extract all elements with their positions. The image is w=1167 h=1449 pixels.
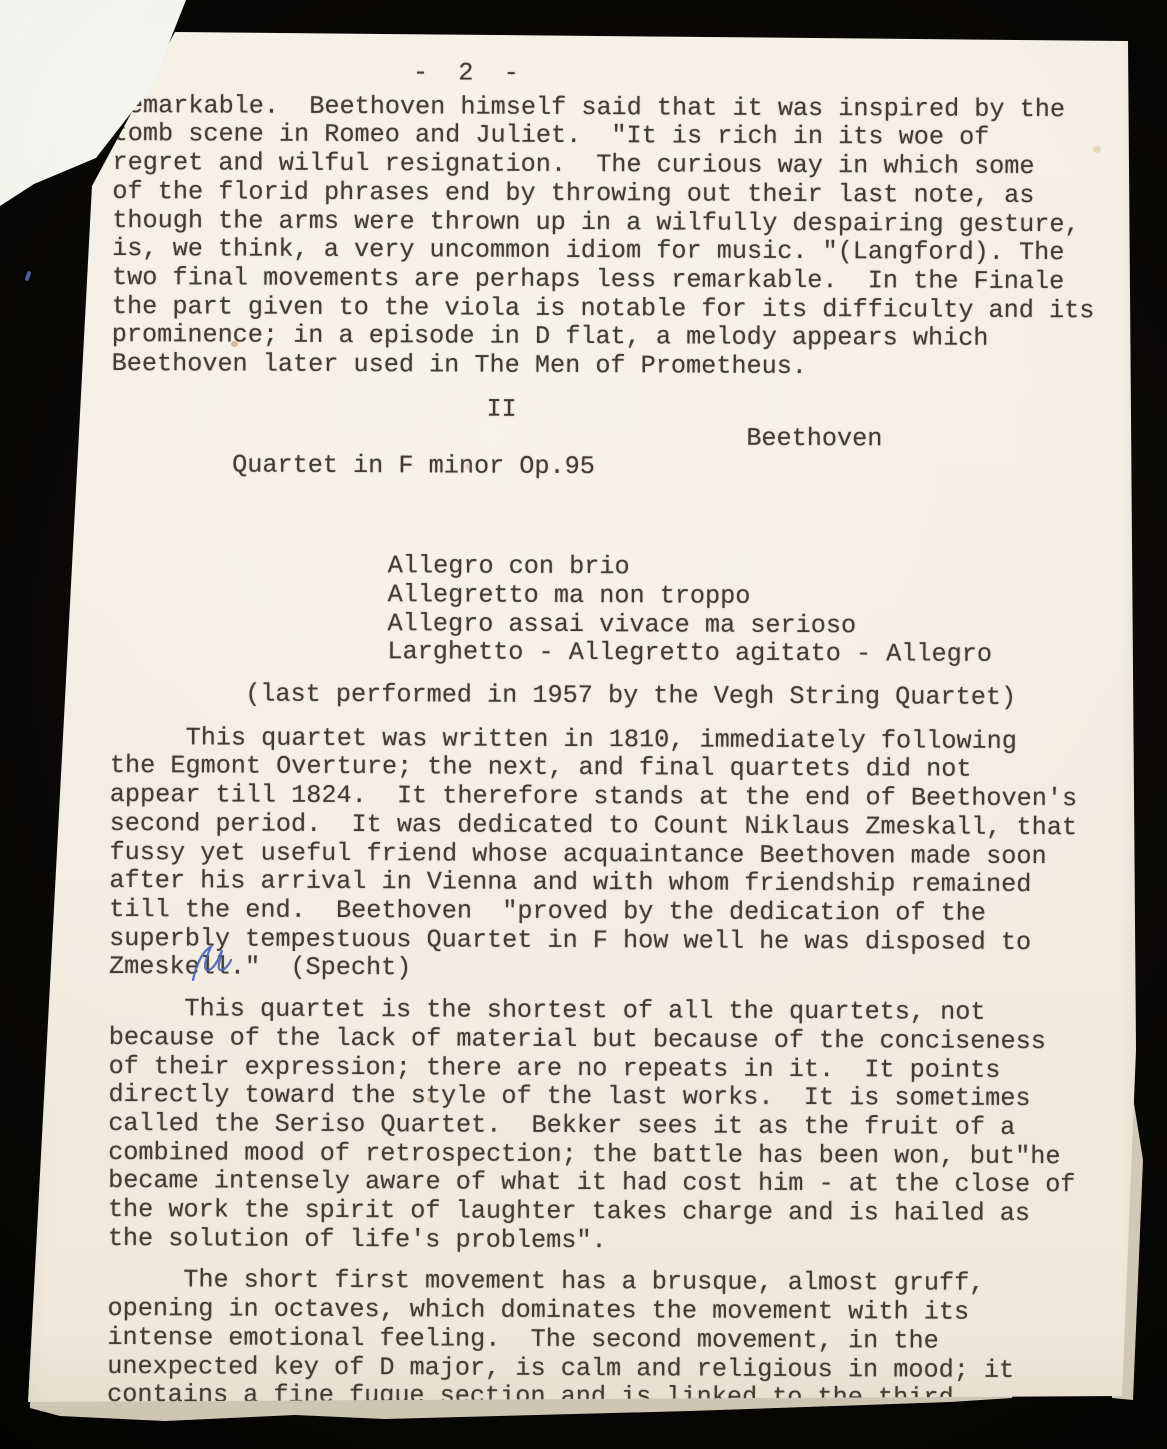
paragraph-3: This quartet is the shortest of all the … <box>108 995 1121 1258</box>
paper-stain <box>1093 146 1101 153</box>
movement-item: Allegro assai vivace ma serioso <box>387 610 1122 642</box>
composer-name: Beethoven <box>746 425 882 454</box>
movement-item: Allegretto ma non troppo <box>388 581 1123 613</box>
paper-stain <box>465 463 471 469</box>
document-page: - 2 - remarkable. Beethoven himself said… <box>0 0 1167 1449</box>
paper-stain <box>231 341 238 347</box>
black-mat-background: - 2 - remarkable. Beethoven himself said… <box>0 0 1167 1449</box>
handwritten-ink-mark <box>186 938 250 986</box>
work-title: Quartet in F minor Op.95 <box>232 451 595 482</box>
work-title-line: Quartet in F minor Op.95 Beethoven <box>111 422 1123 541</box>
performance-note: (last performed in 1957 by the Vegh Stri… <box>110 680 1122 713</box>
page-number: - 2 - <box>113 58 1125 91</box>
paragraph-2: This quartet was written in 1810, immedi… <box>109 724 1122 987</box>
paragraph-1: remarkable. Beethoven himself said that … <box>112 92 1125 383</box>
blue-ink-fleck <box>25 271 32 282</box>
section-heading-numeral: II <box>111 394 1123 427</box>
movement-item: Allegro con brio <box>388 552 1123 584</box>
paper-stain <box>427 1097 433 1102</box>
typed-text-block: - 2 - remarkable. Beethoven himself said… <box>107 58 1125 1443</box>
movement-list: Allegro con brio Allegretto ma non tropp… <box>110 551 1122 670</box>
movement-item: Larghetto - Allegretto agitato - Allegro <box>387 639 1122 671</box>
